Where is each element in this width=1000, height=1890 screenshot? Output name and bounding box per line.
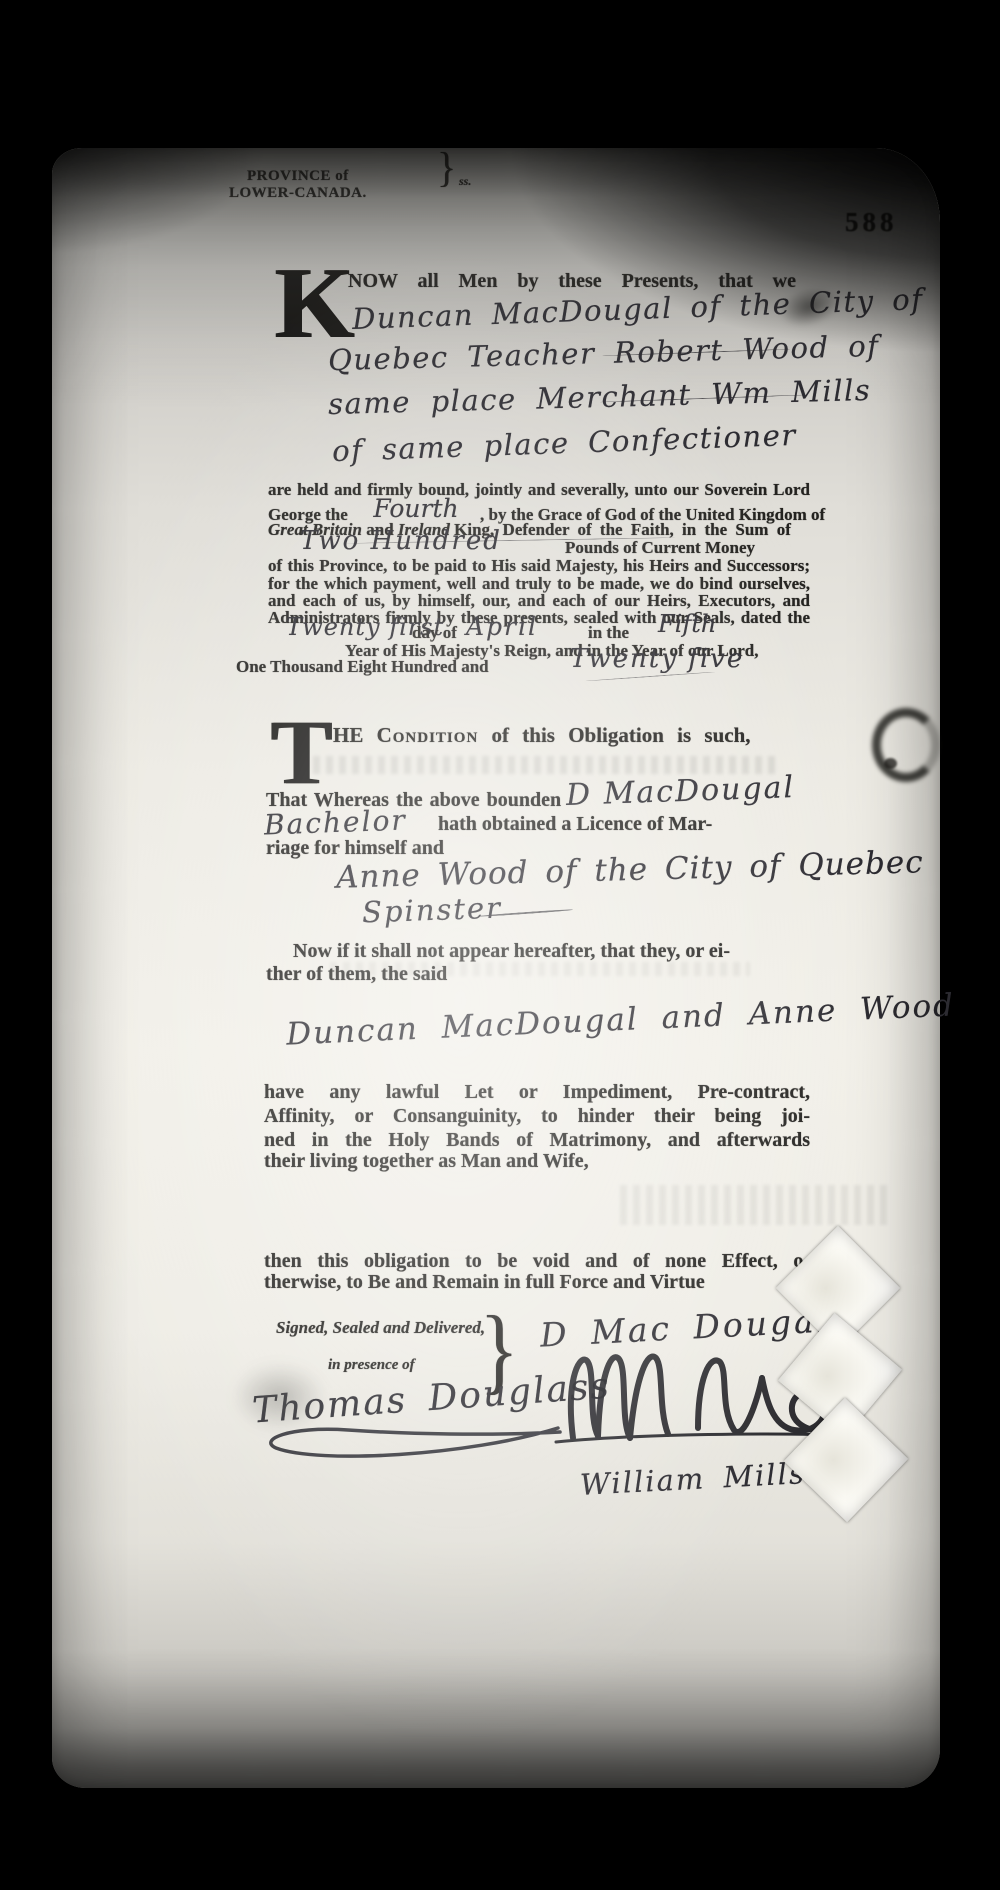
licence-line: hath obtained a Licence of Mar- (438, 815, 712, 834)
void-line-2: therwise, to Be and Remain in full Force… (264, 1273, 705, 1292)
page-number: 588 (845, 213, 898, 232)
bond-line-11-pre: One Thousand Eight Hundred and (236, 657, 489, 676)
void-line-1: then this obligation to be void and of n… (264, 1249, 810, 1273)
dropcap-t: T (270, 712, 331, 792)
bond-line-4: Two Hundred Pounds of Current Money (268, 538, 810, 558)
condition-heading-smallcaps: Condition (377, 723, 479, 747)
bleed-through-band (300, 756, 780, 774)
bond-line-9-mid1: day of (412, 623, 457, 642)
condition-heading-he: HE (333, 723, 363, 747)
handwritten-groom-status: Bachelor (263, 804, 407, 842)
bond-line-11: One Thousand Eight Hundred and Twenty fi… (236, 657, 796, 679)
condition-heading: HE Condition of this Obligation is such, (333, 726, 751, 745)
handwritten-bride-status: Spinster (361, 891, 502, 930)
bleed-through-band (620, 1185, 890, 1225)
now-line-1: Now if it shall not appear hereafter, th… (293, 942, 730, 961)
bond-line-9-mid2: in the (588, 623, 629, 642)
witness-signature-flourish (258, 1420, 568, 1465)
impediment-line-3: ned in the Holy Bands of Matrimony, and … (264, 1128, 810, 1152)
dropcap-k: K (274, 258, 353, 350)
handwritten-month: April (466, 617, 538, 636)
scanned-document-page: PROVINCE of LOWER-CANADA. } ss. 588 K NO… (0, 0, 1000, 1890)
attestation-line-1: Signed, Sealed and Delivered, (276, 1318, 485, 1337)
bond-line-5: of this Province, to be paid to His said… (268, 556, 810, 575)
handwritten-regnal-name: Fourth (352, 499, 480, 518)
impediment-line-1: have any lawful Let or Impediment, Pre-c… (264, 1080, 810, 1104)
header-ss-label: ss. (459, 172, 471, 191)
impediment-line-4: their living together as Man and Wife, (264, 1152, 589, 1171)
riage-line: riage for himself and (266, 839, 444, 858)
handwritten-year: Twenty five (570, 650, 744, 669)
bond-line-4-post: Pounds of Current Money (565, 538, 755, 557)
bond-line-3-post: King, Defender of the Faith, in the Sum … (454, 520, 791, 539)
bond-line-1: are held and firmly bound, jointly and s… (268, 480, 810, 499)
bond-line-9: Twenty first day of April in the Fifth (286, 621, 810, 643)
impediment-line-2: Affinity, or Consanguinity, to hinder th… (264, 1104, 810, 1128)
header-brace: } (437, 158, 456, 178)
condition-heading-rest: of this Obligation is such, (492, 723, 751, 747)
province-header-line2: LOWER-CANADA. (229, 184, 367, 203)
handwritten-regnal-year: Fifth (658, 615, 716, 634)
attestation-line-2: in presence of (328, 1356, 415, 1375)
now-line-2: ther of them, the said (266, 965, 447, 984)
